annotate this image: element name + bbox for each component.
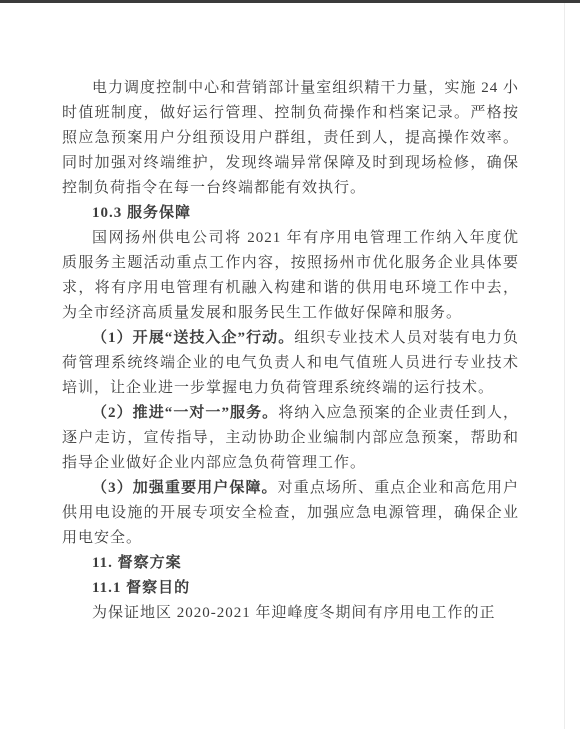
section-heading-11-1: 11.1 督察目的 bbox=[62, 576, 519, 601]
document-content: 电力调度控制中心和营销部计量室组织精干力量，实施 24 小时值班制度，做好运行管… bbox=[62, 76, 519, 626]
document-page: 电力调度控制中心和营销部计量室组织精干力量，实施 24 小时值班制度，做好运行管… bbox=[0, 0, 580, 729]
paragraph-service-guarantee: 国网扬州供电公司将 2021 年有序用电管理工作纳入年度优质服务主题活动重点工作… bbox=[62, 226, 519, 326]
paragraph-duty-system: 电力调度控制中心和营销部计量室组织精干力量，实施 24 小时值班制度，做好运行管… bbox=[62, 76, 519, 201]
list-item-2-lead: （2）推进“一对一”服务。 bbox=[92, 405, 278, 421]
section-heading-10-3: 10.3 服务保障 bbox=[62, 201, 519, 226]
list-item-3-lead: （3）加强重要用户保障。 bbox=[92, 480, 278, 496]
list-item-1-lead: （1）开展“送技入企”行动。 bbox=[92, 330, 294, 346]
page-right-edge-line bbox=[564, 3, 565, 729]
section-heading-11: 11. 督察方案 bbox=[62, 551, 519, 576]
page-top-edge-bar bbox=[0, 0, 580, 3]
paragraph-inspection-purpose: 为保证地区 2020-2021 年迎峰度冬期间有序用电工作的正 bbox=[62, 601, 519, 626]
list-item-1: （1）开展“送技入企”行动。组织专业技术人员对装有电力负荷管理系统终端企业的电气… bbox=[62, 326, 519, 401]
list-item-2: （2）推进“一对一”服务。将纳入应急预案的企业责任到人，逐户走访，宣传指导，主动… bbox=[62, 401, 519, 476]
list-item-3: （3）加强重要用户保障。对重点场所、重点企业和高危用户供用电设施的开展专项安全检… bbox=[62, 476, 519, 551]
